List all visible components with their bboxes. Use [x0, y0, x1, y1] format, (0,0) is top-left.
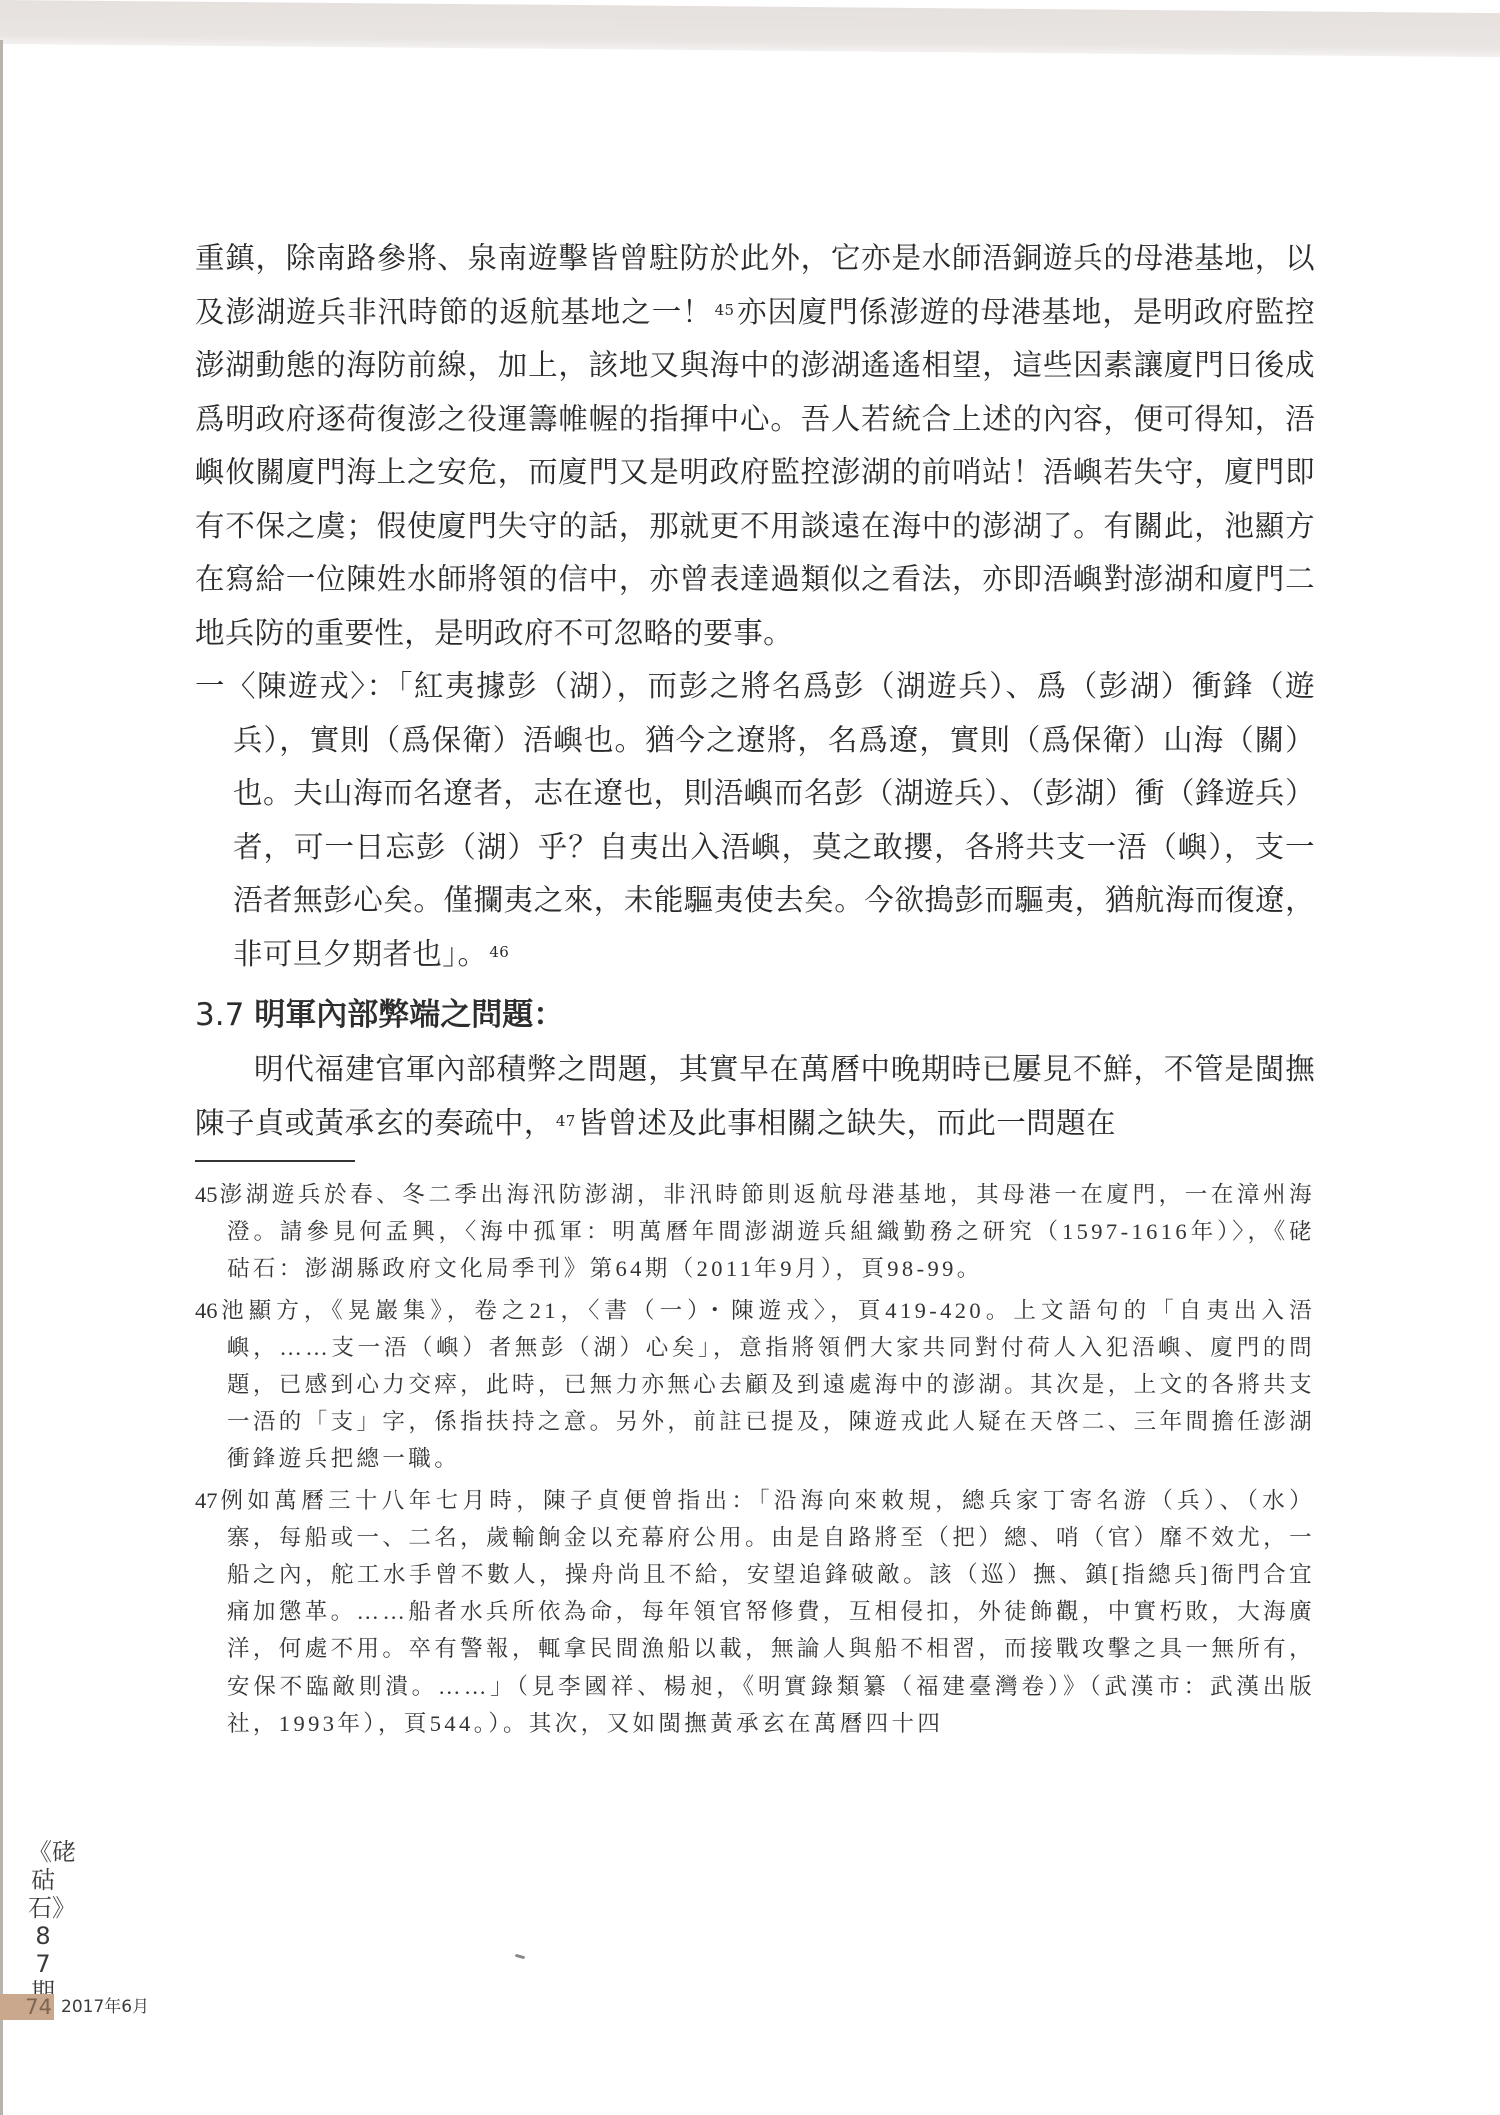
footnote-47: 47例如萬曆三十八年七月時，陳子貞便曾指出：「沿海向來敕規，總兵家丁寄名游（兵）…: [195, 1482, 1315, 1742]
page-content: 重鎮，除南路參將、泉南遊擊皆曾駐防於此外，它亦是水師浯銅遊兵的母港基地，以及澎湖…: [195, 232, 1315, 1746]
journal-side-label: 《硓𥑮石》87期: [28, 1838, 58, 2006]
footnote-number: 45: [195, 1182, 218, 1207]
scan-top-strip: [0, 0, 1500, 57]
footnote-number: 47: [195, 1488, 218, 1513]
footnote-text: 池顯方，《晃巖集》，卷之21，〈書（一）・陳遊戎〉，頁419-420。上文語句的…: [220, 1298, 1316, 1472]
footnote-text: 澎湖遊兵於春、冬二季出海汛防澎湖，非汛時節則返航母港基地，其母港一在廈門，一在漳…: [220, 1182, 1316, 1281]
footnote-ref-45[interactable]: 45: [715, 301, 735, 319]
body-paragraph-1: 重鎮，除南路參將、泉南遊擊皆曾駐防於此外，它亦是水師浯銅遊兵的母港基地，以及澎湖…: [195, 232, 1315, 660]
section-heading: 3.7明軍內部弊端之問題：: [195, 987, 1315, 1043]
paragraph-text-cont: 亦因廈門係澎遊的母港基地，是明政府監控澎湖動態的海防前線，加上，該地又與海中的澎…: [195, 295, 1315, 650]
quote-text: 一〈陳遊戎〉：「紅夷據彭（湖），而彭之將名爲彭（湖遊兵）、爲（彭湖）衝鋒（遊兵）…: [195, 669, 1315, 971]
footnote-45: 45澎湖遊兵於春、冬二季出海汛防澎湖，非汛時節則返航母港基地，其母港一在廈門，一…: [195, 1176, 1315, 1288]
issue-date: 2017年6月: [61, 1994, 149, 2020]
footnote-number: 46: [195, 1298, 218, 1323]
block-quote: 一〈陳遊戎〉：「紅夷據彭（湖），而彭之將名爲彭（湖遊兵）、爲（彭湖）衝鋒（遊兵）…: [195, 660, 1315, 981]
footnote-divider: [195, 1160, 355, 1162]
section-title: 明軍內部弊端之問題：: [254, 997, 564, 1033]
footnote-ref-46[interactable]: 46: [489, 943, 509, 961]
footnotes-section: 45澎湖遊兵於春、冬二季出海汛防澎湖，非汛時節則返航母港基地，其母港一在廈門，一…: [195, 1176, 1315, 1742]
page-number-badge: 74: [0, 1994, 54, 2020]
footnote-text: 例如萬曆三十八年七月時，陳子貞便曾指出：「沿海向來敕規，總兵家丁寄名游（兵）、（…: [220, 1488, 1316, 1736]
paragraph-text-cont: 皆曾述及此事相關之缺失，而此一問題在: [578, 1106, 1116, 1140]
section-number: 3.7: [195, 997, 244, 1033]
footnote-46: 46池顯方，《晃巖集》，卷之21，〈書（一）・陳遊戎〉，頁419-420。上文語…: [195, 1292, 1315, 1478]
body-paragraph-2: 明代福建官軍內部積弊之問題，其實早在萬曆中晚期時已屢見不鮮，不管是閩撫陳子貞或黃…: [195, 1043, 1315, 1150]
page-binding-edge: [0, 40, 3, 2115]
scan-speck: [515, 1954, 525, 1959]
footnote-ref-47[interactable]: 47: [556, 1112, 576, 1130]
